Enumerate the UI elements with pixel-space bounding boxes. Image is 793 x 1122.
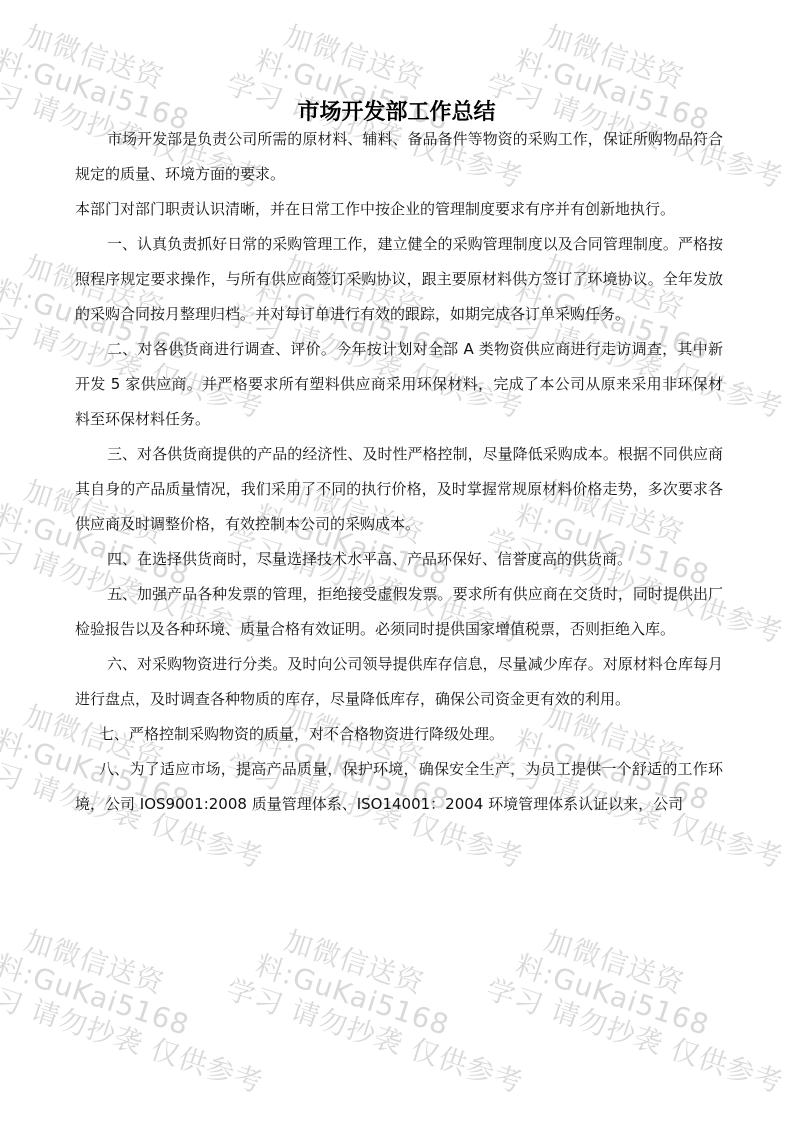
document-body: 市场开发部是负责公司所需的原材料、辅料、备品备件等物资的采购工作，保证所购物品符… [75,122,723,822]
paragraph-item-5: 五、加强产品各种发票的管理，拒绝接受虚假发票。要求所有供应商在交货时，同时提供出… [75,577,723,647]
paragraph-intro: 市场开发部是负责公司所需的原材料、辅料、备品备件等物资的采购工作，保证所购物品符… [75,122,723,192]
paragraph-item-2: 二、对各供货商进行调查、评价。今年按计划对全部 A 类物资供应商进行走访调查，其… [75,332,723,437]
paragraph-responsibility: 本部门对部门职责认识清晰，并在日常工作中按企业的管理制度要求有序并有创新地执行。 [75,192,723,227]
paragraph-item-3: 三、对各供货商提供的产品的经济性、及时性严格控制，尽量降低采购成本。根据不同供应… [75,437,723,542]
paragraph-item-6: 六、对采购物资进行分类。及时向公司领导提供库存信息，尽量减少库存。对原材料仓库每… [75,647,723,717]
watermark: 加微信送资料:GuKai5168学习 请勿抄袭 仅供参考 [520,925,793,1100]
paragraph-item-7: 七、严格控制采购物资的质量，对不合格物资进行降级处理。 [75,717,723,752]
watermark: 加微信送资料:GuKai5168学习 请勿抄袭 仅供参考 [0,925,286,1100]
paragraph-item-1: 一、认真负责抓好日常的采购管理工作，建立健全的采购管理制度以及合同管理制度。严格… [75,227,723,332]
watermark: 加微信送资料:GuKai5168学习 请勿抄袭 仅供参考 [260,925,546,1100]
paragraph-item-8: 八、为了适应市场，提高产品质量，保护环境，确保安全生产，为员工提供一个舒适的工作… [75,752,723,822]
paragraph-item-4: 四、在选择供货商时，尽量选择技术水平高、产品环保好、信誉度高的供货商。 [75,542,723,577]
